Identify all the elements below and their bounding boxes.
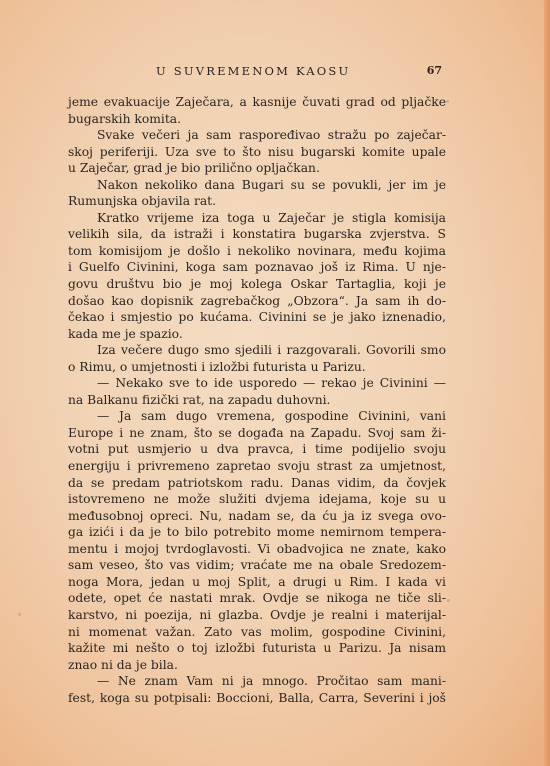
text-line: znao ni da je bila. — [68, 657, 446, 674]
text-line: — Ja sam dugo vremena, gospodine Civinin… — [68, 408, 446, 425]
running-title: U SUVREMENOM KAOSU — [156, 64, 350, 78]
text-line: — Ne znam Vam ni ja mnogo. Pročitao sam … — [68, 673, 446, 690]
body-text: jeme evakuacije Zaječara, a kasnije čuva… — [68, 94, 446, 706]
text-line: govu društvu bio je moj kolega Oskar Tar… — [68, 276, 446, 293]
text-line: noga Mora, jedan u moj Split, a drugi u … — [68, 574, 446, 591]
page-number: 67 — [427, 64, 442, 77]
text-line: i Guelfo Civinini, koga sam poznavao još… — [68, 259, 446, 276]
text-line: votni put usmjerio u dva pravca, i time … — [68, 441, 446, 458]
text-line: Svake večeri ja sam raspoređivao stražu … — [68, 127, 446, 144]
text-line: skoj periferiji. Uza sve to što nisu bug… — [68, 144, 446, 161]
text-line: sam veseo, što vas vidim; vraćate me na … — [68, 557, 446, 574]
text-line: tom komisijom je došlo i nekoliko novina… — [68, 243, 446, 260]
text-line: o Rimu, o umjetnosti i izložbi futurista… — [68, 359, 446, 376]
text-line: velikih sila, da istraži i konstatira bu… — [68, 226, 446, 243]
text-line: Rumunjska objavila rat. — [68, 193, 446, 210]
text-line: Europe i ne znam, što se događa na Zapad… — [68, 425, 446, 442]
text-line: energiju i privremeno zapretao svoju str… — [68, 458, 446, 475]
text-line: bugarskih komita. — [68, 111, 446, 128]
text-line: da se predam patriotskom radu. Danas vid… — [68, 475, 446, 492]
text-line: kažite mi nešto o toj izložbi futurista … — [68, 640, 446, 657]
text-line: kada me je spazio. — [68, 326, 446, 343]
text-line: došao kao dopisnik zagrebačkog „Obzora“.… — [68, 293, 446, 310]
text-line: mentu i mojoj tvrdoglavosti. Vi obadvoji… — [68, 541, 446, 558]
text-line: u Zaječar, grad je bio prilično opljačka… — [68, 160, 446, 177]
text-line: odete, opet će nastati mrak. Ovdje se ni… — [68, 590, 446, 607]
text-line: čekao i smjestio po kućama. Civinini se … — [68, 309, 446, 326]
text-line: istovremeno ne može služiti dvjema ideja… — [68, 491, 446, 508]
text-line: Nakon nekoliko dana Bugari su se povukli… — [68, 177, 446, 194]
paper-speck — [18, 613, 21, 616]
text-line: jeme evakuacije Zaječara, a kasnije čuva… — [68, 94, 446, 111]
text-line: međusobnoj opreci. Nu, nadam se, da ću j… — [68, 508, 446, 525]
text-line: fest, koga su potpisali: Boccioni, Balla… — [68, 690, 446, 707]
text-line: na Balkanu fizički rat, na zapadu duhovn… — [68, 392, 446, 409]
text-line: karstvo, ni poezija, ni glazba. Ovdje je… — [68, 607, 446, 624]
text-line: ni momenat važan. Zato vas molim, gospod… — [68, 624, 446, 641]
page-edge — [544, 0, 550, 766]
text-line: ga izići i da je to bilo potrebito mome … — [68, 524, 446, 541]
paper-speck — [447, 599, 450, 602]
text-line: — Nekako sve to ide usporedo — rekao je … — [68, 375, 446, 392]
paper-speck — [446, 100, 449, 103]
text-line: Iza večere dugo smo sjedili i razgovaral… — [68, 342, 446, 359]
text-line: Kratko vrijeme iza toga u Zaječar je sti… — [68, 210, 446, 227]
